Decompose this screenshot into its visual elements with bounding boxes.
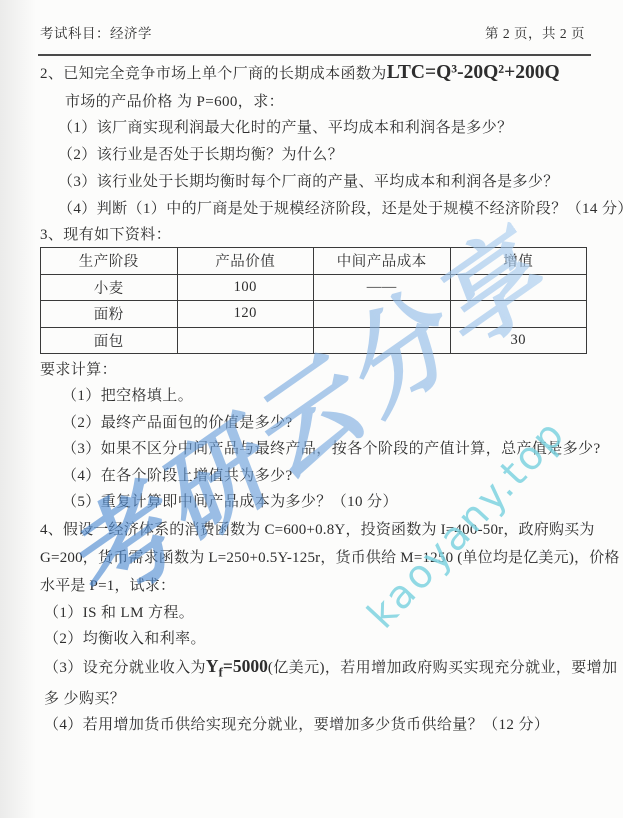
table-header-row: 生产阶段 产品价值 中间产品成本 增值 — [41, 248, 587, 275]
question-2-price-line: 市场的产品价格 为 P=600，求： — [40, 89, 593, 115]
question-3-lead: 3、现有如下资料： — [40, 223, 593, 247]
question-4-item-3: （3）设充分就业收入为Yf=5000(亿美元)，若用增加政府购买实现充分就业，要… — [40, 652, 593, 687]
column-header-stage: 生产阶段 — [41, 248, 178, 275]
question-2-item-3: （3）该行业处于长期均衡时每个厂商的产量、平均成本和利润各是多少？ — [40, 169, 593, 196]
table-row-wheat: 小麦 100 —— — [41, 274, 587, 301]
exam-page: 考试科目：经济学 第 2 页，共 2 页 2、已知完全竞争市场上单个厂商的长期成… — [0, 0, 623, 818]
question-2-lead: 2、已知完全竞争市场上单个厂商的长期成本函数为LTC=Q³-20Q²+200Q — [40, 58, 593, 89]
question-4-item-3-suffix: (亿美元)，若用增加政府购买实现充分就业，要增加 — [268, 660, 618, 676]
question-2-item-1: （1）该厂商实现利润最大化时的产量、平均成本和利润各是多少？ — [40, 115, 593, 142]
page-header: 考试科目：经济学 第 2 页，共 2 页 — [0, 0, 623, 43]
question-4-line-3: 水平是 P=1，试求： — [40, 572, 593, 600]
header-divider — [38, 54, 591, 56]
question-3-item-4: （4）在各个阶段上增值共为多少? — [40, 463, 593, 490]
question-4-item-2: （2）均衡收入和利率。 — [40, 626, 593, 652]
cell-value — [177, 327, 314, 354]
cell-stage: 小麦 — [41, 274, 178, 301]
column-header-intermediate: 中间产品成本 — [314, 248, 451, 275]
question-3-item-2: （2）最终产品面包的价值是多少? — [40, 410, 593, 437]
cell-value: 120 — [177, 301, 314, 328]
question-2-lead-text: 2、已知完全竞争市场上单个厂商的长期成本函数为 — [40, 66, 387, 82]
exam-content: 2、已知完全竞争市场上单个厂商的长期成本函数为LTC=Q³-20Q²+200Q … — [0, 58, 623, 738]
cell-stage: 面包 — [41, 327, 178, 354]
question-3-item-5: （5）重复计算即中间产品成本为多少？（10 分） — [40, 489, 593, 516]
question-2-item-2: （2）该行业是否处于长期均衡？为什么？ — [40, 142, 593, 169]
production-stages-table: 生产阶段 产品价值 中间产品成本 增值 小麦 100 —— 面粉 120 面包 — [40, 247, 587, 354]
yf-income-formula: Yf=5000 — [206, 656, 268, 676]
question-3-item-3: （3）如果不区分中间产品与最终产品，按各个阶段的产值计算，总产值是多少? — [40, 436, 593, 463]
question-4-line-1: 4、假设一经济体系的消费函数为 C=600+0.8Y，投资函数为 I=400-5… — [40, 516, 593, 544]
table-row-flour: 面粉 120 — [41, 301, 587, 328]
exam-subject-label: 考试科目：经济学 — [40, 25, 152, 43]
question-2-items: （1）该厂商实现利润最大化时的产量、平均成本和利润各是多少？ （2）该行业是否处… — [40, 115, 593, 223]
question-3-item-1: （1）把空格填上。 — [40, 383, 593, 410]
question-4-item-4: （4）若用增加货币供给实现充分就业，要增加多少货币供给量？（12 分） — [40, 712, 593, 738]
question-2-item-4: （4）判断（1）中的厂商是处于规模经济阶段，还是处于规模不经济阶段？（14 分） — [40, 196, 593, 223]
ltc-cost-formula: LTC=Q³-20Q²+200Q — [387, 62, 560, 83]
cell-added-value: 30 — [450, 327, 587, 354]
cell-intermediate — [314, 327, 451, 354]
table-row-bread: 面包 30 — [41, 327, 587, 354]
column-header-value: 产品价值 — [177, 248, 314, 275]
cell-intermediate: —— — [314, 274, 451, 301]
question-3-items: （1）把空格填上。 （2）最终产品面包的价值是多少? （3）如果不区分中间产品与… — [40, 383, 593, 516]
cell-value: 100 — [177, 274, 314, 301]
question-4-line-2: G=200，货币需求函数为 L=250+0.5Y-125r，货币供给 M=125… — [40, 544, 593, 572]
cell-stage: 面粉 — [41, 301, 178, 328]
question-4-item-3-prefix: （3）设充分就业收入为 — [44, 660, 206, 676]
question-4-item-1: （1）IS 和 LM 方程。 — [40, 600, 593, 626]
cell-intermediate — [314, 301, 451, 328]
page-number-label: 第 2 页，共 2 页 — [485, 25, 585, 43]
column-header-added-value: 增值 — [450, 248, 587, 275]
question-4-item-3-wrap: 多 少购买？ — [40, 686, 593, 712]
cell-added-value — [450, 301, 587, 328]
cell-added-value — [450, 274, 587, 301]
require-calc-label: 要求计算： — [40, 357, 593, 383]
